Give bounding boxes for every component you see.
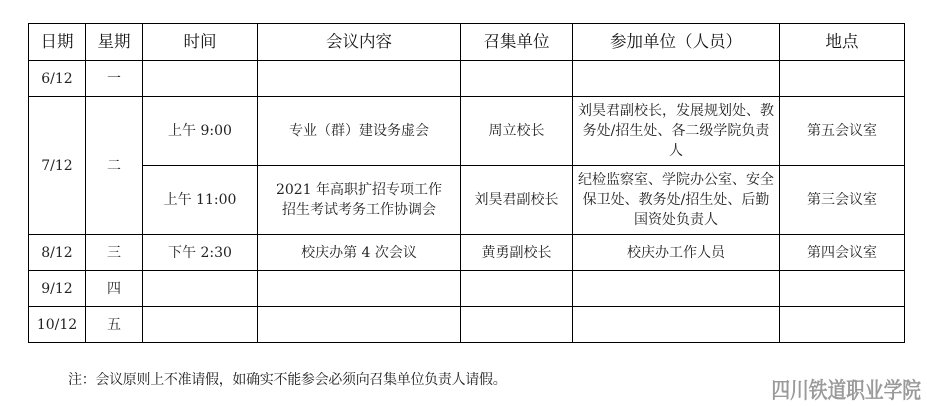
table-row: 8/12 三 下午 2:30 校庆办第 4 次会议 黄勇副校长 校庆办工作人员 … — [29, 235, 905, 271]
header-date: 日期 — [29, 24, 86, 61]
cell-time: 上午 9:00 — [143, 97, 258, 166]
cell-time: 下午 2:30 — [143, 235, 258, 271]
header-content: 会议内容 — [258, 24, 461, 61]
cell-date: 6/12 — [29, 61, 86, 97]
cell-date: 7/12 — [29, 97, 86, 235]
cell-date: 10/12 — [29, 307, 86, 343]
cell-location: 第三会议室 — [780, 166, 905, 235]
cell-date: 8/12 — [29, 235, 86, 271]
cell-location — [780, 61, 905, 97]
cell-location — [780, 307, 905, 343]
table-row: 10/12 五 — [29, 307, 905, 343]
table-row: 6/12 一 — [29, 61, 905, 97]
cell-content — [258, 307, 461, 343]
cell-convener — [461, 271, 573, 307]
cell-location: 第五会议室 — [780, 97, 905, 166]
cell-weekday: 三 — [86, 235, 143, 271]
cell-participants — [573, 271, 780, 307]
cell-content: 专业（群）建设务虚会 — [258, 97, 461, 166]
cell-date: 9/12 — [29, 271, 86, 307]
cell-participants: 纪检监察室、学院办公室、安全保卫处、教务处/招生处、后勤国资处负责人 — [573, 166, 780, 235]
cell-time — [143, 271, 258, 307]
cell-weekday: 一 — [86, 61, 143, 97]
cell-time: 上午 11:00 — [143, 166, 258, 235]
cell-participants: 校庆办工作人员 — [573, 235, 780, 271]
cell-location: 第四会议室 — [780, 235, 905, 271]
table-row: 9/12 四 — [29, 271, 905, 307]
cell-weekday: 二 — [86, 97, 143, 235]
header-location: 地点 — [780, 24, 905, 61]
header-weekday: 星期 — [86, 24, 143, 61]
table-row: 7/12 二 上午 9:00 专业（群）建设务虚会 周立校长 刘昊君副校长，发展… — [29, 97, 905, 166]
cell-weekday: 五 — [86, 307, 143, 343]
header-convener: 召集单位 — [461, 24, 573, 61]
table-header-row: 日期 星期 时间 会议内容 召集单位 参加单位（人员） 地点 — [29, 24, 905, 61]
cell-convener — [461, 307, 573, 343]
cell-location — [780, 271, 905, 307]
cell-content: 2021 年高职扩招专项工作招生考试考务工作协调会 — [258, 166, 461, 235]
cell-convener — [461, 61, 573, 97]
cell-content — [258, 61, 461, 97]
leave-policy-note: 注：会议原则上不准请假，如确实不能参会必须向召集单位负责人请假。 — [68, 369, 506, 389]
cell-time — [143, 307, 258, 343]
cell-weekday: 四 — [86, 271, 143, 307]
cell-convener: 黄勇副校长 — [461, 235, 573, 271]
cell-time — [143, 61, 258, 97]
table-row: 上午 11:00 2021 年高职扩招专项工作招生考试考务工作协调会 刘昊君副校… — [29, 166, 905, 235]
cell-participants — [573, 61, 780, 97]
cell-content: 校庆办第 4 次会议 — [258, 235, 461, 271]
header-time: 时间 — [143, 24, 258, 61]
cell-participants: 刘昊君副校长，发展规划处、教务处/招生处、各二级学院负责人 — [573, 97, 780, 166]
cell-convener: 刘昊君副校长 — [461, 166, 573, 235]
institution-watermark: 四川铁道职业学院 — [771, 374, 921, 405]
cell-content — [258, 271, 461, 307]
header-participants: 参加单位（人员） — [573, 24, 780, 61]
meeting-schedule-table: 日期 星期 时间 会议内容 召集单位 参加单位（人员） 地点 6/12 一 7/… — [28, 23, 905, 343]
cell-convener: 周立校长 — [461, 97, 573, 166]
cell-participants — [573, 307, 780, 343]
